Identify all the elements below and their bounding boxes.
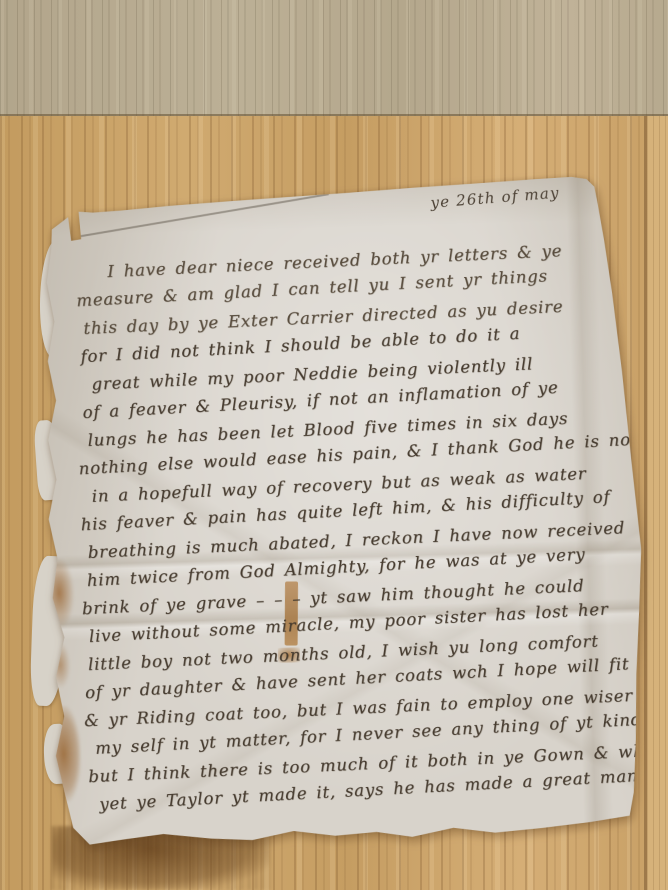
pencil-crease-line: [80, 193, 329, 237]
letter-photograph: ye 26th of may I have dear niece receive…: [0, 0, 668, 890]
damage-spot: [50, 642, 71, 689]
letter-date: ye 26th of may: [429, 183, 560, 213]
letter-body: I have dear niece received both yr lette…: [67, 239, 640, 819]
letter-sheet: ye 26th of may I have dear niece receive…: [39, 174, 649, 848]
letter-sheet-wrapper: ye 26th of may I have dear niece receive…: [39, 174, 649, 848]
wood-plank-top: [0, 0, 668, 116]
wood-plank-right: [647, 116, 668, 890]
